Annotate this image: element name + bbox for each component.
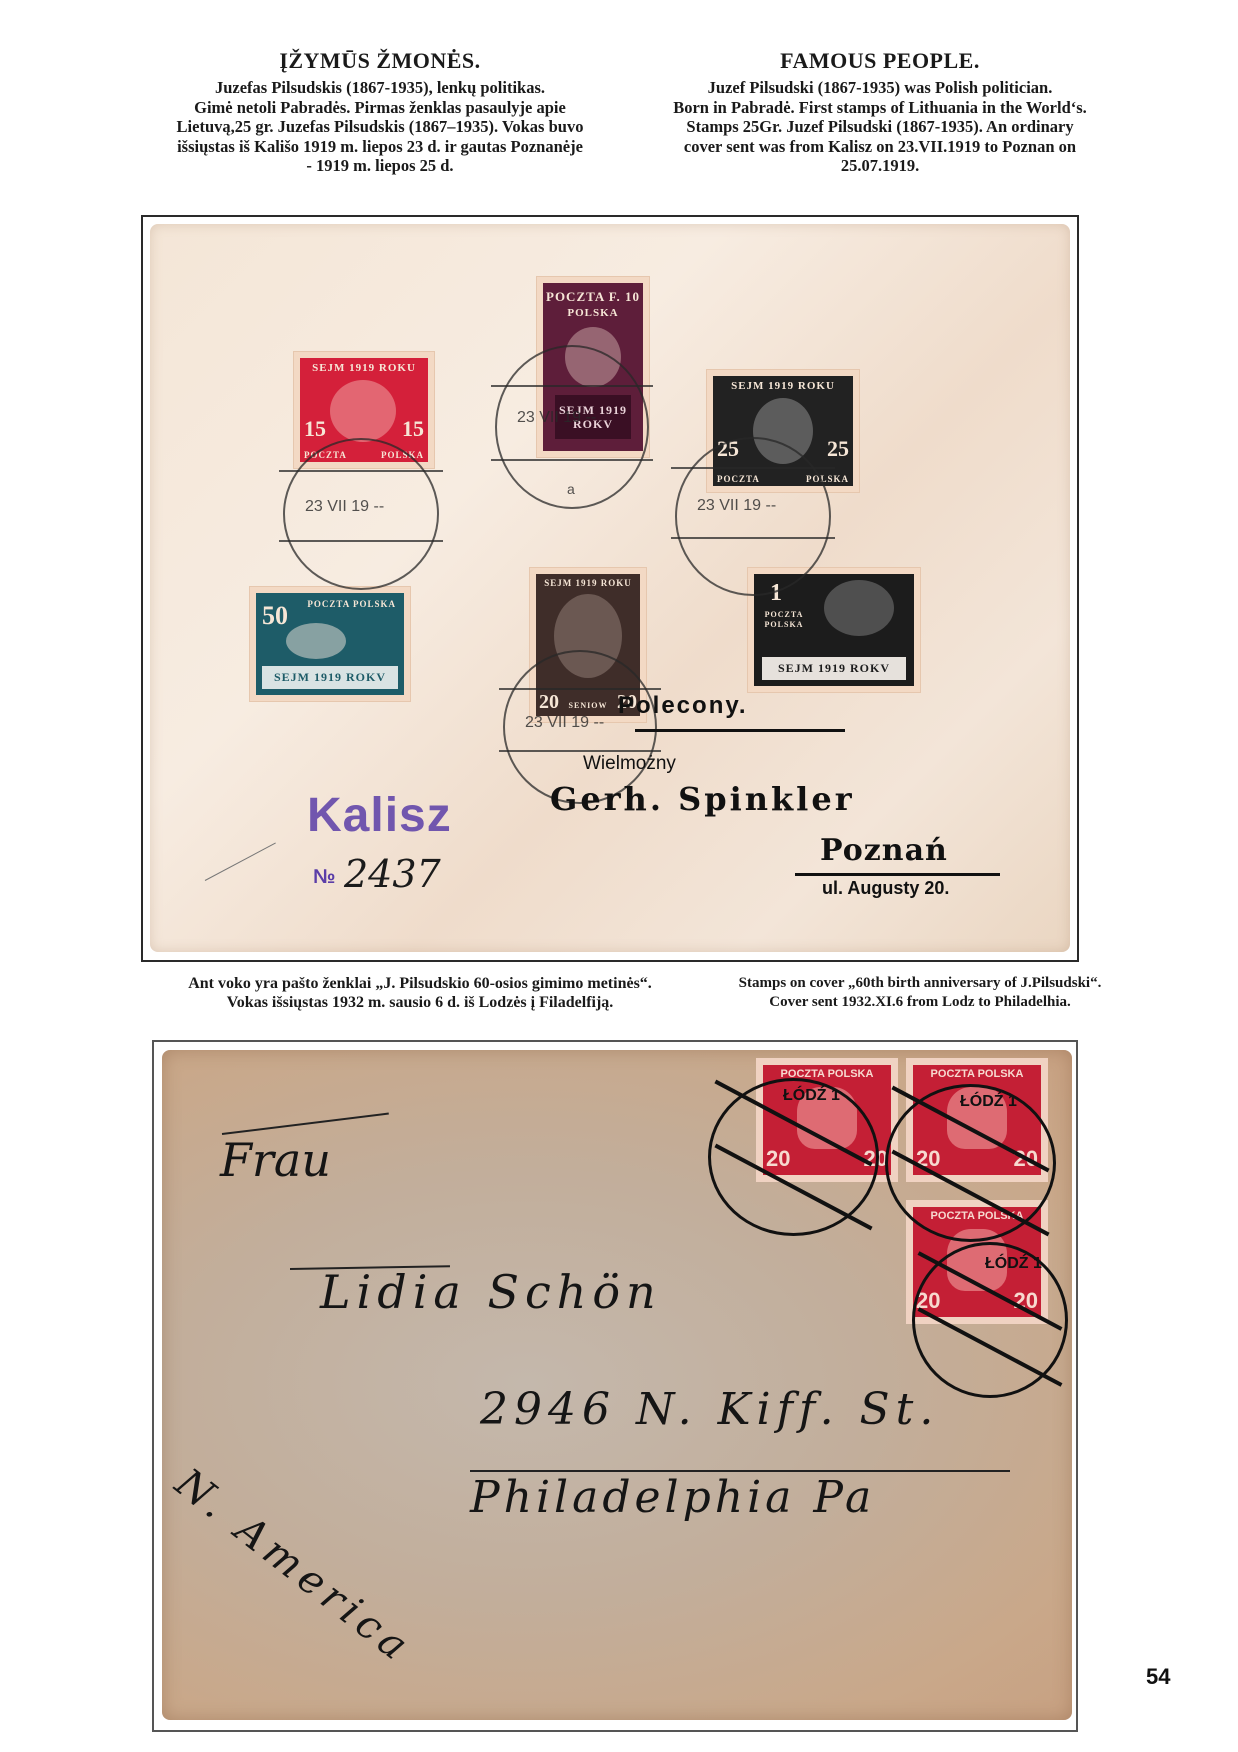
caption-line: išsiųstas iš Kališo 1919 m. liepos 23 d.…: [140, 137, 620, 157]
postmark-date: 23 VII 19 --: [517, 409, 596, 427]
eagle-icon: [286, 623, 346, 659]
postmark-date: 23 VII 19 --: [525, 714, 604, 732]
stamp-text: POCZTA POLSKA: [307, 599, 396, 609]
eagle-icon: [824, 580, 894, 636]
postmark-lodz: ŁÓDŹ 1: [912, 1242, 1068, 1398]
caption-line: Cover sent 1932.XI.6 from Lodz to Philad…: [690, 993, 1150, 1012]
postmark: 23 VII 19 -- a: [495, 345, 649, 509]
handwritten-street: 2946 N. Kiff. St.: [480, 1384, 939, 1435]
title-lithuanian: ĮŽYMŪS ŽMONĖS.: [140, 48, 620, 74]
postmark-city: ŁÓDŹ 1: [960, 1093, 1017, 1111]
recipient-street: ul. Augusty 20.: [822, 878, 949, 899]
stamp-text: SEJM 1919 ROKU: [536, 578, 640, 588]
caption-line: Lietuvą,25 gr. Juzefas Pilsudskis (1867–…: [140, 117, 620, 137]
handwritten-salutation: Frau: [220, 1133, 331, 1187]
postmark-lodz: ŁÓDŹ 1: [708, 1078, 879, 1236]
stamp-value: 15: [304, 416, 326, 442]
header-english: FAMOUS PEOPLE. Juzef Pilsudski (1867-193…: [620, 48, 1140, 176]
stamp-value: 50: [262, 601, 288, 631]
header-lithuanian: ĮŽYMŪS ŽMONĖS. Juzefas Pilsudskis (1867-…: [140, 48, 620, 176]
stamp-text: POLSKA: [543, 307, 643, 319]
postmark: 23 VII 19 --: [283, 438, 439, 590]
recipient-city: Poznań: [820, 833, 948, 868]
stamp-50-fenigow: 50 POCZTA POLSKA SEJM 1919 ROKV: [250, 587, 410, 701]
underline: [635, 729, 845, 732]
caption-line: Stamps on cover „60th birth anniversary …: [690, 974, 1150, 993]
stamp-value: 25: [827, 436, 849, 462]
postmark-city: ŁÓDŹ 1: [783, 1087, 840, 1105]
caption-lithuanian: Ant voko yra pašto ženklai „J. Pilsudski…: [140, 974, 700, 1012]
postmark-date: 23 VII 19 --: [697, 497, 776, 515]
caption-line: Vokas išsiųstas 1932 m. sausio 6 d. iš L…: [140, 993, 700, 1012]
registration-number: 2437: [344, 852, 441, 896]
registration-stamp-city: Kalisz: [307, 788, 452, 843]
caption-line: - 1919 m. liepos 25 d.: [140, 156, 620, 176]
registered-label: Polecony.: [618, 692, 748, 720]
handwritten-city: Philadelphia Pa: [470, 1472, 875, 1523]
stamp-text: POCZTA POLSKA: [913, 1068, 1041, 1080]
postmark-letter: a: [567, 481, 575, 497]
postmark-lodz: ŁÓDŹ 1: [885, 1084, 1056, 1242]
caption-line: Ant voko yra pašto ženklai „J. Pilsudski…: [140, 974, 700, 993]
stamp-text: POCZTA F. 10: [543, 289, 643, 305]
underline: [795, 873, 1000, 876]
stamp-panel: SEJM 1919 ROKV: [262, 666, 398, 689]
caption-english: Stamps on cover „60th birth anniversary …: [690, 974, 1150, 1012]
postmark: 23 VII 19 --: [675, 437, 831, 596]
title-english: FAMOUS PEOPLE.: [620, 48, 1140, 74]
stamp-text: POCZTA POLSKA: [762, 610, 806, 630]
stamp-text: SEJM 1919 ROKU: [713, 380, 853, 392]
stamp-text: SEJM 1919 ROKU: [300, 362, 428, 374]
caption-line: Juzefas Pilsudskis (1867-1935), lenkų po…: [140, 78, 620, 98]
postmark-city: ŁÓDŹ 1: [985, 1255, 1042, 1273]
caption-line: 25.07.1919.: [620, 156, 1140, 176]
page-number: 54: [1146, 1664, 1170, 1690]
caption-line: Born in Pabradė. First stamps of Lithuan…: [620, 98, 1140, 118]
registration-number-mark: №: [313, 866, 335, 889]
stamp-value: 15: [402, 416, 424, 442]
portrait-icon: [330, 380, 396, 442]
caption-line: Gimė netoli Pabradės. Pirmas ženklas pas…: [140, 98, 620, 118]
postmark-date: 23 VII 19 --: [305, 498, 384, 516]
caption-line: Juzef Pilsudski (1867-1935) was Polish p…: [620, 78, 1140, 98]
handwritten-name: Lidia Schön: [320, 1265, 662, 1319]
salutation: Wielmożny: [583, 753, 676, 775]
stamp-panel: SEJM 1919 ROKV: [762, 657, 906, 680]
recipient-name: Gerh. Spinkler: [550, 780, 855, 818]
caption-line: Stamps 25Gr. Juzef Pilsudski (1867-1935)…: [620, 117, 1140, 137]
caption-line: cover sent was from Kalisz on 23.VII.191…: [620, 137, 1140, 157]
